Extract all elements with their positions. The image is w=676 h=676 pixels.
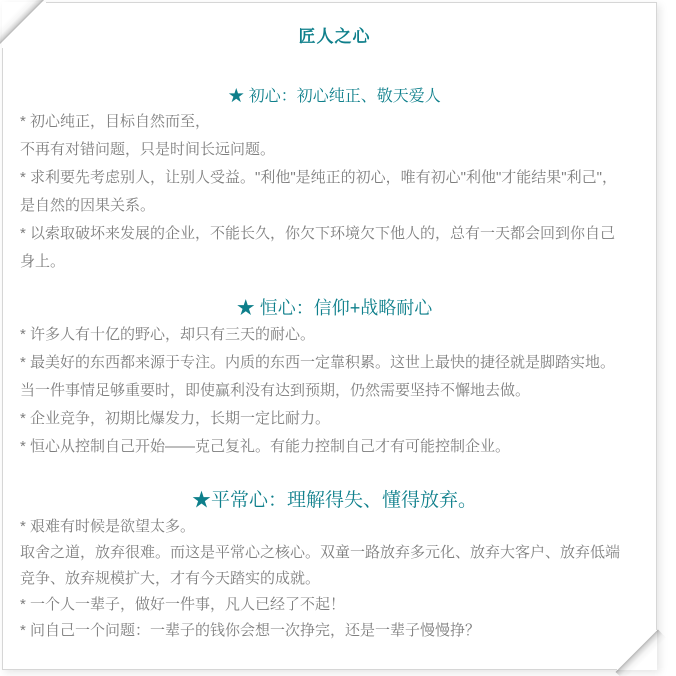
article-title: 匠人之心 xyxy=(20,25,649,49)
text-line: * 初心纯正，目标自然而至， xyxy=(20,108,649,136)
text-line: * 以索取破坏来发展的企业，不能长久，你欠下环境欠下他人的，总有一天都会回到你自… xyxy=(20,220,649,248)
text-line: 身上。 xyxy=(20,248,649,276)
text-line: * 最美好的东西都来源于专注。内质的东西一定靠积累。这世上最快的捷径就是脚踏实地… xyxy=(20,349,649,377)
sheet-border-top xyxy=(46,2,657,3)
page-background: 匠人之心 ★ 初心：初心纯正、敬天爱人 * 初心纯正，目标自然而至， 不再有对错… xyxy=(0,0,676,676)
section-heading-pingchangxin: ★平常心：理解得失、懂得放弃。 xyxy=(20,487,649,514)
sheet-border-right xyxy=(656,2,657,630)
text-line: * 艰难有时候是欲望太多。 xyxy=(20,514,649,540)
text-line: * 恒心从控制自己开始——克己复礼。有能力控制自己才有可能控制企业。 xyxy=(20,433,649,461)
text-line: * 许多人有十亿的野心，却只有三天的耐心。 xyxy=(20,321,649,349)
text-line: * 问自己一个问题：一辈子的钱你会想一次挣完，还是一辈子慢慢挣？ xyxy=(20,618,649,644)
text-line: 取舍之道，放弃很难。而这是平常心之核心。双童一路放弃多元化、放弃大客户、放弃低端 xyxy=(20,540,649,566)
text-line: * 求利要先考虑别人，让别人受益。"利他"是纯正的初心，唯有初心"利他"才能结果… xyxy=(20,164,649,192)
text-line: * 企业竞争，初期比爆发力，长期一定比耐力。 xyxy=(20,405,649,433)
text-line: 是自然的因果关系。 xyxy=(20,192,649,220)
section-heading-chuxin: ★ 初心：初心纯正、敬天爱人 xyxy=(20,86,649,108)
section-heading-hengxin: ★ 恒心：信仰+战略耐心 xyxy=(20,296,649,321)
sheet-border-bottom xyxy=(2,669,617,670)
text-line: * 一个人一辈子，做好一件事，凡人已经了不起！ xyxy=(20,592,649,618)
article-sheet: 匠人之心 ★ 初心：初心纯正、敬天爱人 * 初心纯正，目标自然而至， 不再有对错… xyxy=(2,2,657,670)
sheet-border-left xyxy=(2,48,3,670)
text-line: 竞争、放弃规模扩大，才有今天踏实的成就。 xyxy=(20,566,649,592)
text-line: 不再有对错问题，只是时间长远问题。 xyxy=(20,136,649,164)
text-line: 当一件事情足够重要时，即使赢利没有达到预期，仍然需要坚持不懈地去做。 xyxy=(20,377,649,405)
